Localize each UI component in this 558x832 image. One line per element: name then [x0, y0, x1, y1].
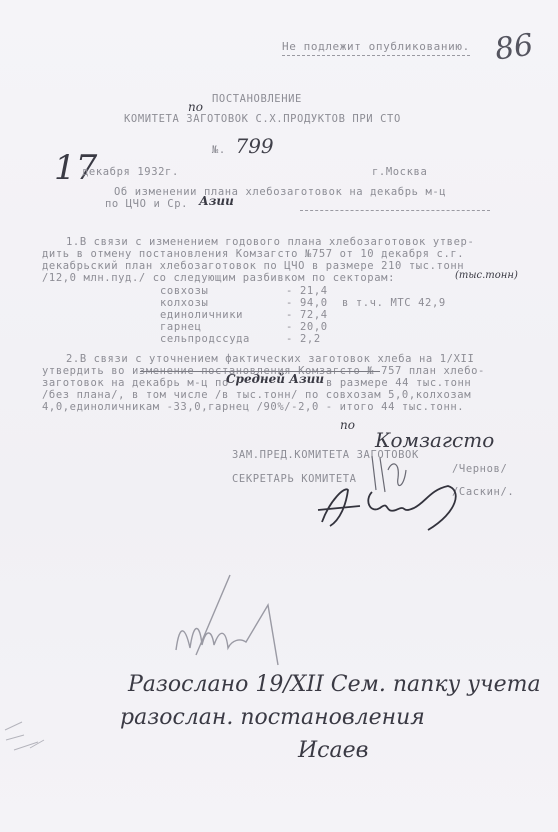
document-page: Не подлежит опубликованию. 86 ПОСТАНОВЛЕ…: [0, 0, 558, 832]
resolution-line-2: разослан. постановления: [120, 705, 425, 730]
resolution-signature: Исаев: [298, 738, 368, 763]
resolution-line-1: Разослано 19/XII Сем. папку учета: [128, 672, 541, 697]
pencil-signature-icon: [176, 575, 278, 665]
margin-note-icon: [5, 722, 44, 750]
secretary-signature-icon: [318, 486, 456, 530]
deputy-signature-icon: [372, 456, 406, 492]
